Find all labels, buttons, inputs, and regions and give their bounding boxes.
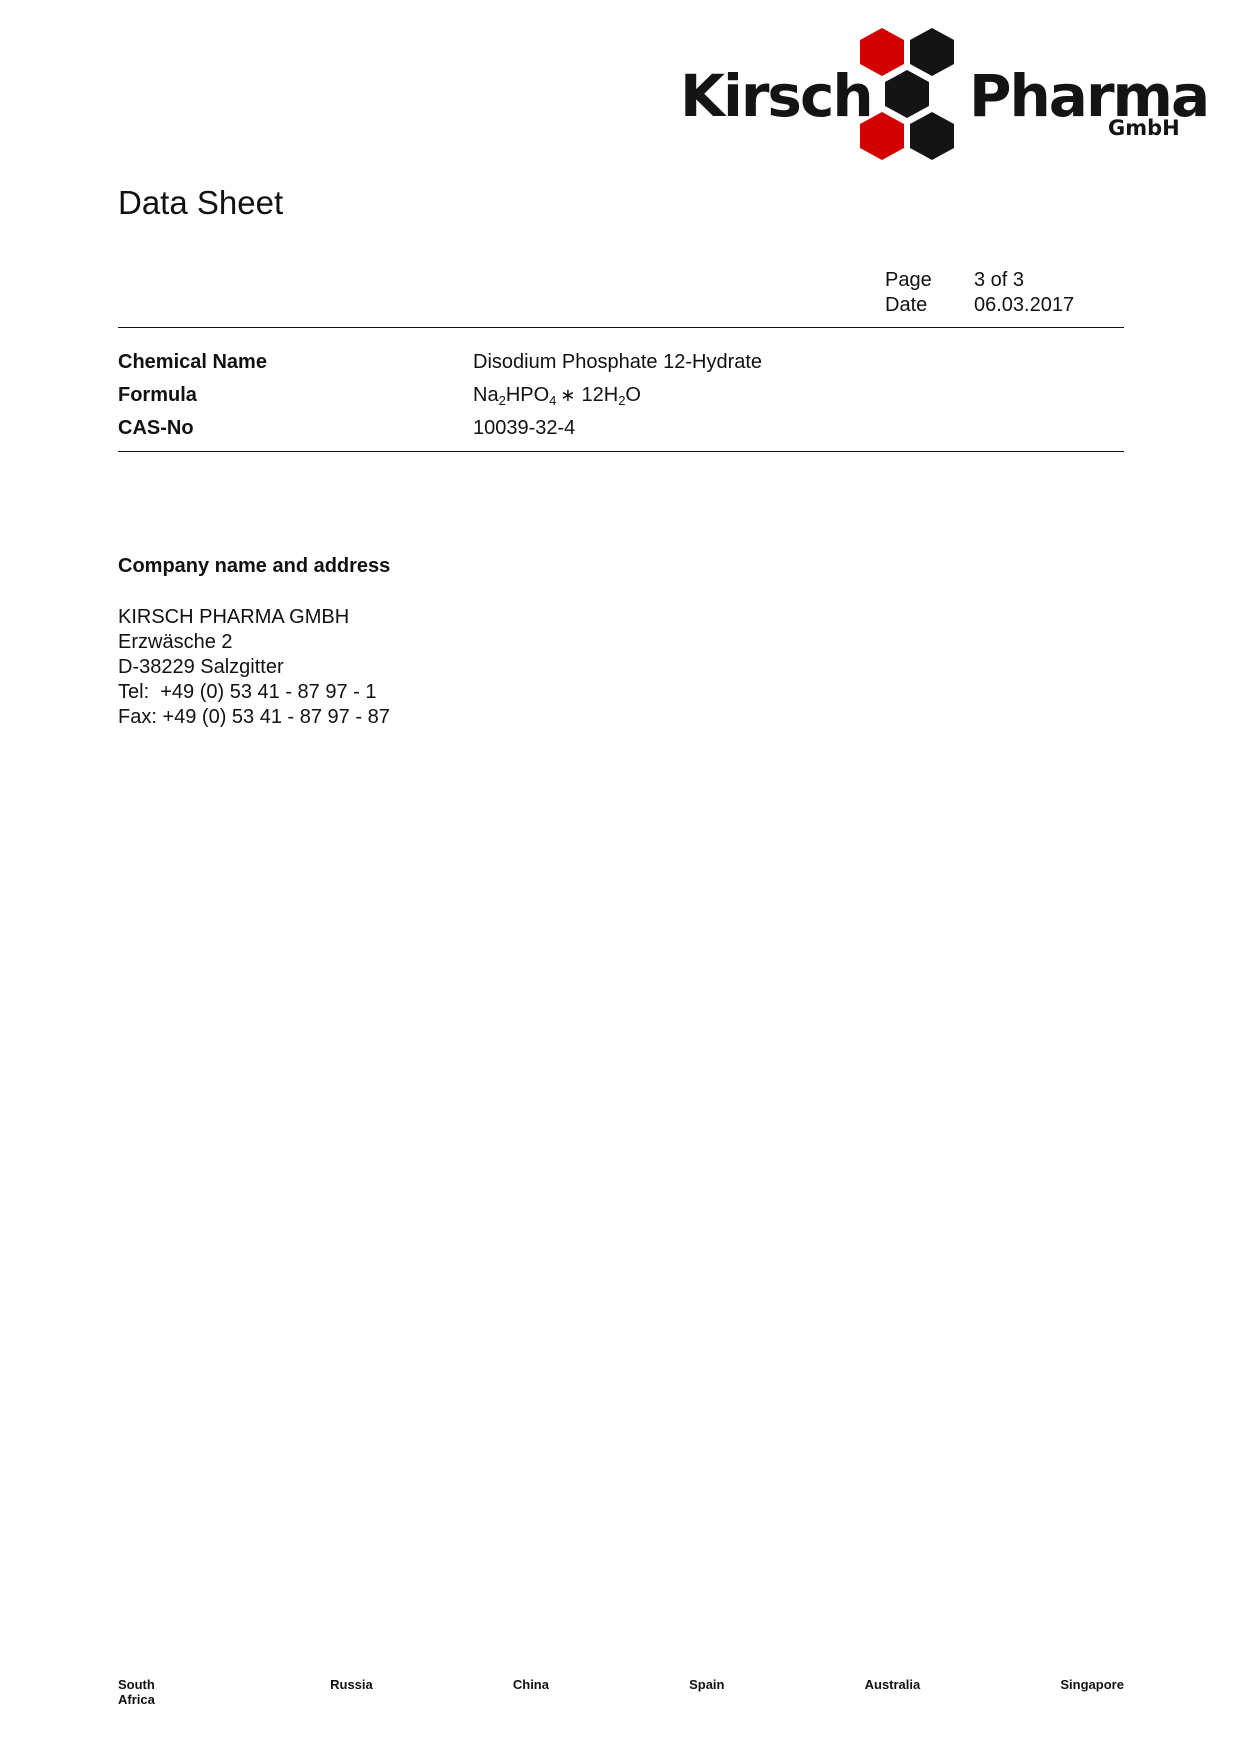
footer-location: China — [513, 1677, 549, 1707]
logo-word-kirsch: Kirsch — [680, 62, 872, 130]
divider-top — [118, 327, 1124, 328]
divider-bottom — [118, 451, 1124, 452]
document-meta: Page 3 of 3 Date 06.03.2017 — [885, 268, 1074, 318]
page-value: 3 of 3 — [974, 268, 1024, 293]
formula-row: Formula Na2HPO4∗12H2O — [118, 379, 762, 412]
page-number-row: Page 3 of 3 — [885, 268, 1074, 293]
address-line: Erzwäsche 2 — [118, 630, 390, 655]
footer-location: Russia — [330, 1677, 373, 1707]
page-title: Data Sheet — [118, 184, 283, 222]
chemical-name-label: Chemical Name — [118, 351, 473, 374]
footer-location: Singapore — [1060, 1677, 1124, 1707]
date-value: 06.03.2017 — [974, 293, 1074, 318]
formula-label: Formula — [118, 384, 473, 407]
logo-suffix-gmbh: GmbH — [1108, 116, 1180, 140]
page-label: Page — [885, 268, 974, 293]
company-logo: Kirsch Pharma GmbH — [680, 22, 1190, 162]
formula-value: Na2HPO4∗12H2O — [473, 384, 641, 407]
footer-location: Spain — [689, 1677, 724, 1707]
address-phone: Tel: +49 (0) 53 41 - 87 97 - 1 — [118, 680, 390, 705]
footer-location: Australia — [865, 1677, 921, 1707]
address-line: KIRSCH PHARMA GMBH — [118, 605, 390, 630]
chemical-name-value: Disodium Phosphate 12-Hydrate — [473, 351, 762, 374]
cas-row: CAS-No 10039-32-4 — [118, 412, 762, 445]
date-row: Date 06.03.2017 — [885, 293, 1074, 318]
company-address: KIRSCH PHARMA GMBH Erzwäsche 2 D-38229 S… — [118, 605, 390, 730]
address-fax: Fax: +49 (0) 53 41 - 87 97 - 87 — [118, 705, 390, 730]
company-heading: Company name and address — [118, 555, 390, 578]
date-label: Date — [885, 293, 974, 318]
footer-locations: South Africa Russia China Spain Australi… — [118, 1677, 1124, 1707]
chemical-name-row: Chemical Name Disodium Phosphate 12-Hydr… — [118, 346, 762, 379]
cas-value: 10039-32-4 — [473, 417, 575, 440]
address-line: D-38229 Salzgitter — [118, 655, 390, 680]
chemical-properties: Chemical Name Disodium Phosphate 12-Hydr… — [118, 346, 762, 445]
footer-location: South Africa — [118, 1677, 190, 1707]
cas-label: CAS-No — [118, 417, 473, 440]
hexagon-logo-icon — [857, 26, 967, 162]
